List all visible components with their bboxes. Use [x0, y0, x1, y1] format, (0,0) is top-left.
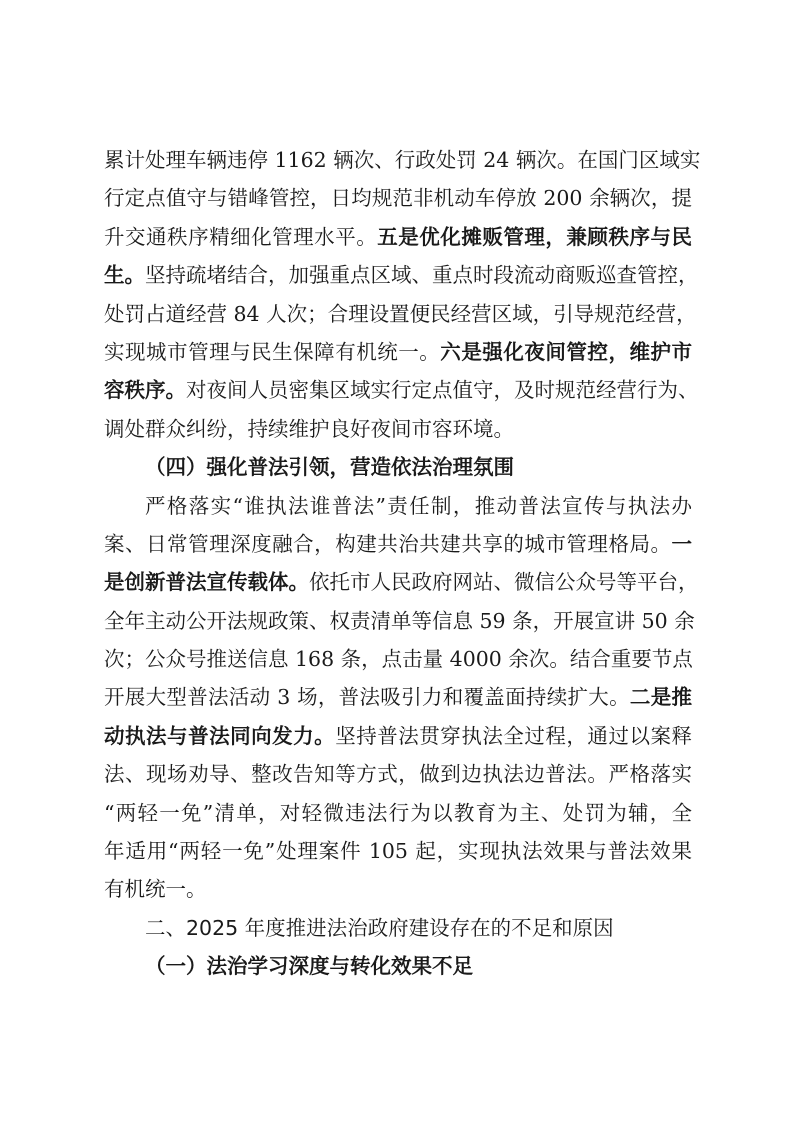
text-line: 次；公众号推送信息 168 条，点击量 4000 余次。结合重要节点	[104, 640, 692, 678]
text-segment: 调处群众纠纷，持续维护良好夜间市容环境。	[104, 417, 514, 441]
text-segment: 对夜间人员密集区域实行定点值守，及时规范经营行为、	[186, 378, 699, 402]
bold-text-segment: 一	[672, 532, 693, 556]
bold-text-segment: 生。	[104, 263, 145, 287]
text-line: 生。坚持疏堵结合，加强重点区域、重点时段流动商贩巡查管控，	[104, 256, 692, 294]
text-line: 案、日常管理深度融合，构建共治共建共享的城市管理格局。一	[104, 525, 692, 563]
text-segment: 升交通秩序精细化管理水平。	[104, 225, 377, 249]
text-line: 处罚占道经营 84 人次；合理设置便民经营区域，引导规范经营，	[104, 295, 692, 333]
text-segment: 累计处理车辆违停 1162 辆次、行政处罚 24 辆次。在国门区域实	[104, 148, 700, 172]
text-segment: 实现城市管理与民生保障有机统一。	[104, 340, 440, 364]
text-line: 开展大型普法活动 3 场，普法吸引力和覆盖面持续扩大。二是推	[104, 678, 692, 716]
text-line: 是创新普法宣传载体。依托市人民政府网站、微信公众号等平台，	[104, 563, 692, 601]
document-page: 累计处理车辆违停 1162 辆次、行政处罚 24 辆次。在国门区域实 行定点值守…	[104, 141, 692, 986]
text-segment: 坚持疏堵结合，加强重点区域、重点时段流动商贩巡查管控，	[145, 263, 699, 287]
text-line: 年适用“两轻一免”处理案件 105 起，实现执法效果与普法效果	[104, 832, 692, 870]
bold-text-segment: 二是推	[630, 685, 692, 709]
text-segment: 依托市人民政府网站、微信公众号等平台，	[309, 570, 699, 594]
text-line: “两轻一免”清单，对轻微违法行为以教育为主、处罚为辅，全	[104, 794, 692, 832]
text-line: 升交通秩序精细化管理水平。五是优化摊贩管理，兼顾秩序与民	[104, 218, 692, 256]
bold-text-segment: 动执法与普法同向发力。	[104, 724, 335, 748]
section-heading-2-1: （一）法治学习深度与转化效果不足	[104, 947, 692, 985]
text-segment: 次；公众号推送信息 168 条，点击量 4000 余次。结合重要节点	[104, 647, 693, 671]
bold-text-segment: 五是优化摊贩管理，兼顾秩序与民	[377, 225, 692, 249]
text-line: 调处群众纠纷，持续维护良好夜间市容环境。	[104, 410, 692, 448]
paragraph-traffic-vendor-night: 累计处理车辆违停 1162 辆次、行政处罚 24 辆次。在国门区域实 行定点值守…	[104, 141, 692, 448]
text-line: 行定点值守与错峰管控，日均规范非机动车停放 200 余辆次，提	[104, 179, 692, 217]
text-segment: 行定点值守与错峰管控，日均规范非机动车停放 200 余辆次，提	[104, 186, 692, 210]
text-line: 累计处理车辆违停 1162 辆次、行政处罚 24 辆次。在国门区域实	[104, 141, 692, 179]
text-line: 严格落实“谁执法谁普法”责任制，推动普法宣传与执法办	[104, 487, 692, 525]
text-line: 全年主动公开法规政策、权责清单等信息 59 条，开展宣讲 50 余	[104, 602, 692, 640]
text-line: 动执法与普法同向发力。坚持普法贯穿执法全过程，通过以案释	[104, 717, 692, 755]
text-line: 实现城市管理与民生保障有机统一。六是强化夜间管控，维护市	[104, 333, 692, 371]
text-segment: 案、日常管理深度融合，构建共治共建共享的城市管理格局。	[104, 532, 672, 556]
text-segment: 全年主动公开法规政策、权责清单等信息 59 条，开展宣讲 50 余	[104, 609, 695, 633]
text-segment: “两轻一免”清单，对轻微违法行为以教育为主、处罚为辅，全	[104, 801, 692, 825]
text-segment: 法、现场劝导、整改告知等方式，做到边执法边普法。严格落实	[104, 762, 692, 786]
text-segment: 严格落实“谁执法谁普法”责任制，推动普法宣传与执法办	[145, 494, 692, 518]
section-title-2: 二、2025 年度推进法治政府建设存在的不足和原因	[104, 909, 692, 947]
text-segment: 处罚占道经营 84 人次；合理设置便民经营区域，引导规范经营，	[104, 302, 697, 326]
bold-text-segment: 六是强化夜间管控，维护市	[440, 340, 692, 364]
paragraph-legal-education: 严格落实“谁执法谁普法”责任制，推动普法宣传与执法办 案、日常管理深度融合，构建…	[104, 487, 692, 909]
text-line: 有机统一。	[104, 870, 692, 908]
text-segment: 年适用“两轻一免”处理案件 105 起，实现执法效果与普法效果	[104, 839, 692, 863]
section-heading-4: （四）强化普法引领，营造依法治理氛围	[104, 448, 692, 486]
text-segment: 开展大型普法活动 3 场，普法吸引力和覆盖面持续扩大。	[104, 685, 630, 709]
text-segment: 坚持普法贯穿执法全过程，通过以案释	[335, 724, 692, 748]
bold-text-segment: 是创新普法宣传载体。	[104, 570, 309, 594]
text-line: 容秩序。对夜间人员密集区域实行定点值守，及时规范经营行为、	[104, 371, 692, 409]
text-segment: 有机统一。	[104, 877, 207, 901]
bold-text-segment: 容秩序。	[104, 378, 186, 402]
text-line: 法、现场劝导、整改告知等方式，做到边执法边普法。严格落实	[104, 755, 692, 793]
